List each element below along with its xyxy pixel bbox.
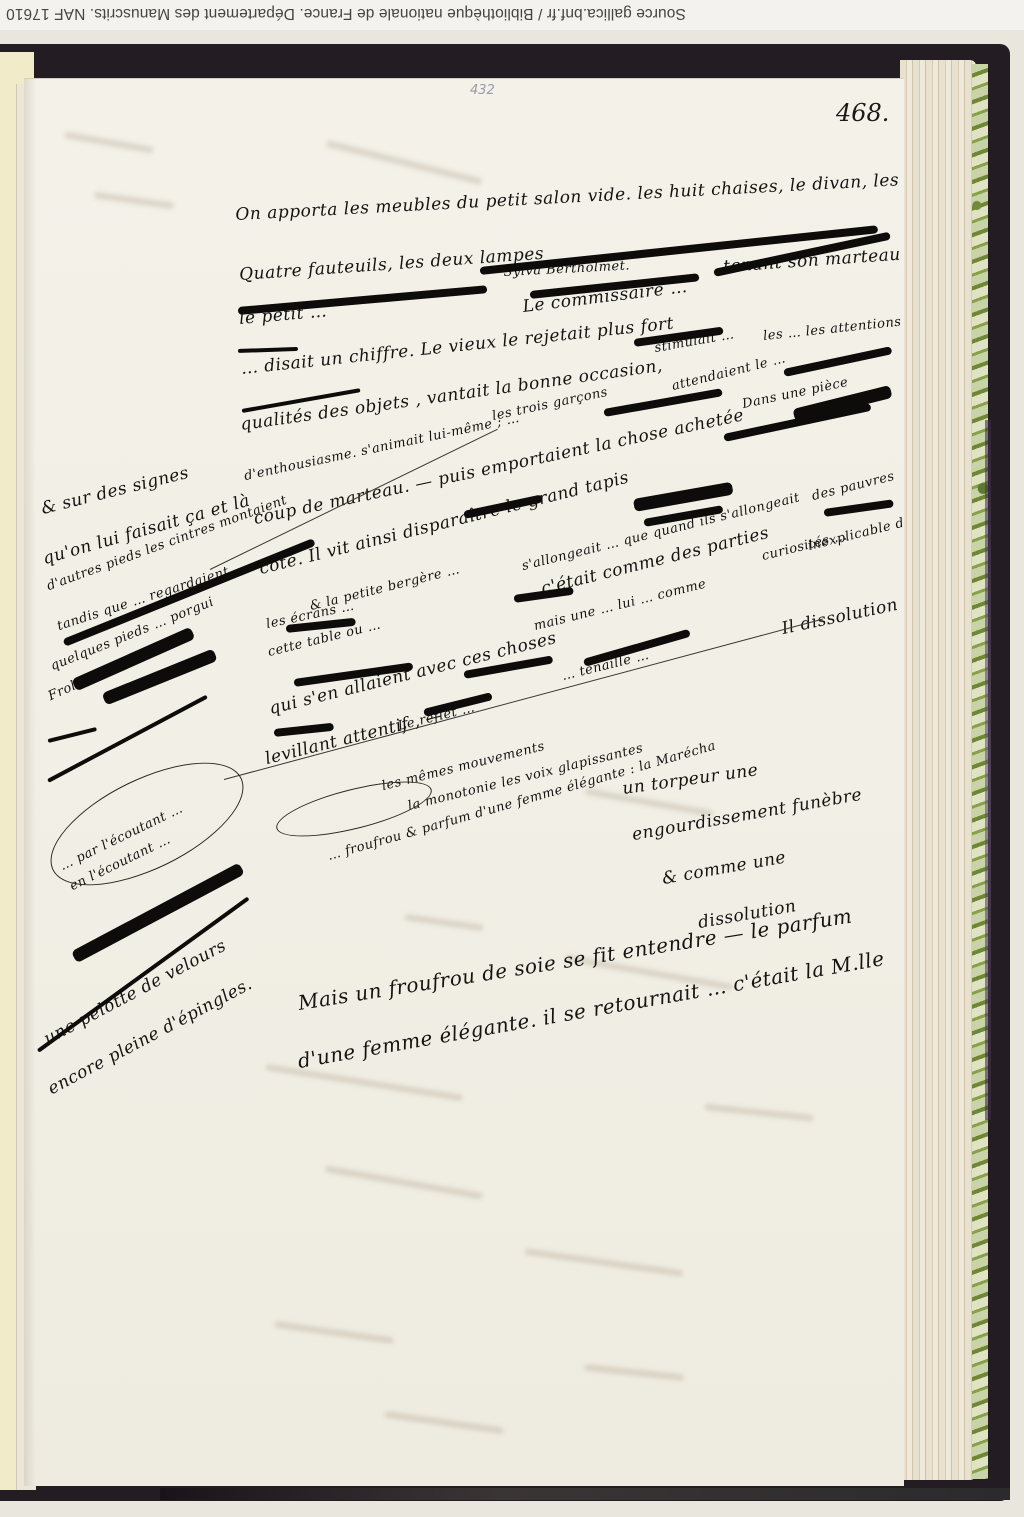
handwritten-line: Mais un froufrou de soie se fit entendre… xyxy=(296,904,854,1015)
binding-bottom xyxy=(160,1488,1010,1500)
bleed-through xyxy=(404,913,484,931)
source-attribution: Source gallica.bnf.fr / Bibliothèque nat… xyxy=(6,4,686,22)
strikethrough xyxy=(783,346,892,377)
manuscript-page: 432 468. On apporta les meubles du petit… xyxy=(24,78,904,1486)
pencil-folio-number: 432 xyxy=(470,83,495,98)
handwritten-line: Il dissolution xyxy=(780,595,900,639)
handwritten-line: les … les attentions xyxy=(762,315,902,344)
ink-folio-number: 468. xyxy=(836,99,889,127)
insertion-loop xyxy=(33,738,261,911)
bleed-through xyxy=(274,1321,394,1345)
bleed-through xyxy=(524,1248,683,1277)
handwritten-line: & comme une xyxy=(661,848,788,889)
bleed-through xyxy=(704,1103,814,1121)
source-banner: Source gallica.bnf.fr / Bibliothèque nat… xyxy=(0,0,1024,30)
bleed-through xyxy=(265,1063,464,1101)
handwritten-line: On apporta les meubles du petit salon vi… xyxy=(235,170,900,225)
bleed-through xyxy=(384,1411,504,1435)
bleed-through xyxy=(584,1364,684,1381)
handwritten-line: attendaient le … xyxy=(670,351,787,394)
strikethrough xyxy=(238,347,298,353)
page-edges xyxy=(900,60,976,1480)
bleed-through xyxy=(325,1165,484,1200)
scan-margin xyxy=(0,1501,1024,1517)
gutter-shadow xyxy=(24,79,36,1486)
handwritten-line: & sur des signes xyxy=(39,463,191,519)
handwritten-line: levillant attentif , — xyxy=(263,705,445,769)
bleed-through xyxy=(64,131,154,154)
binding-edge xyxy=(985,420,991,1120)
strikethrough xyxy=(48,727,97,743)
strikethrough xyxy=(823,499,893,517)
handwritten-line: des pauvres xyxy=(810,469,896,504)
bleed-through xyxy=(94,191,174,209)
bleed-through xyxy=(326,140,483,185)
handwritten-line: engourdissement funèbre xyxy=(631,785,864,845)
strikethrough xyxy=(238,285,488,315)
